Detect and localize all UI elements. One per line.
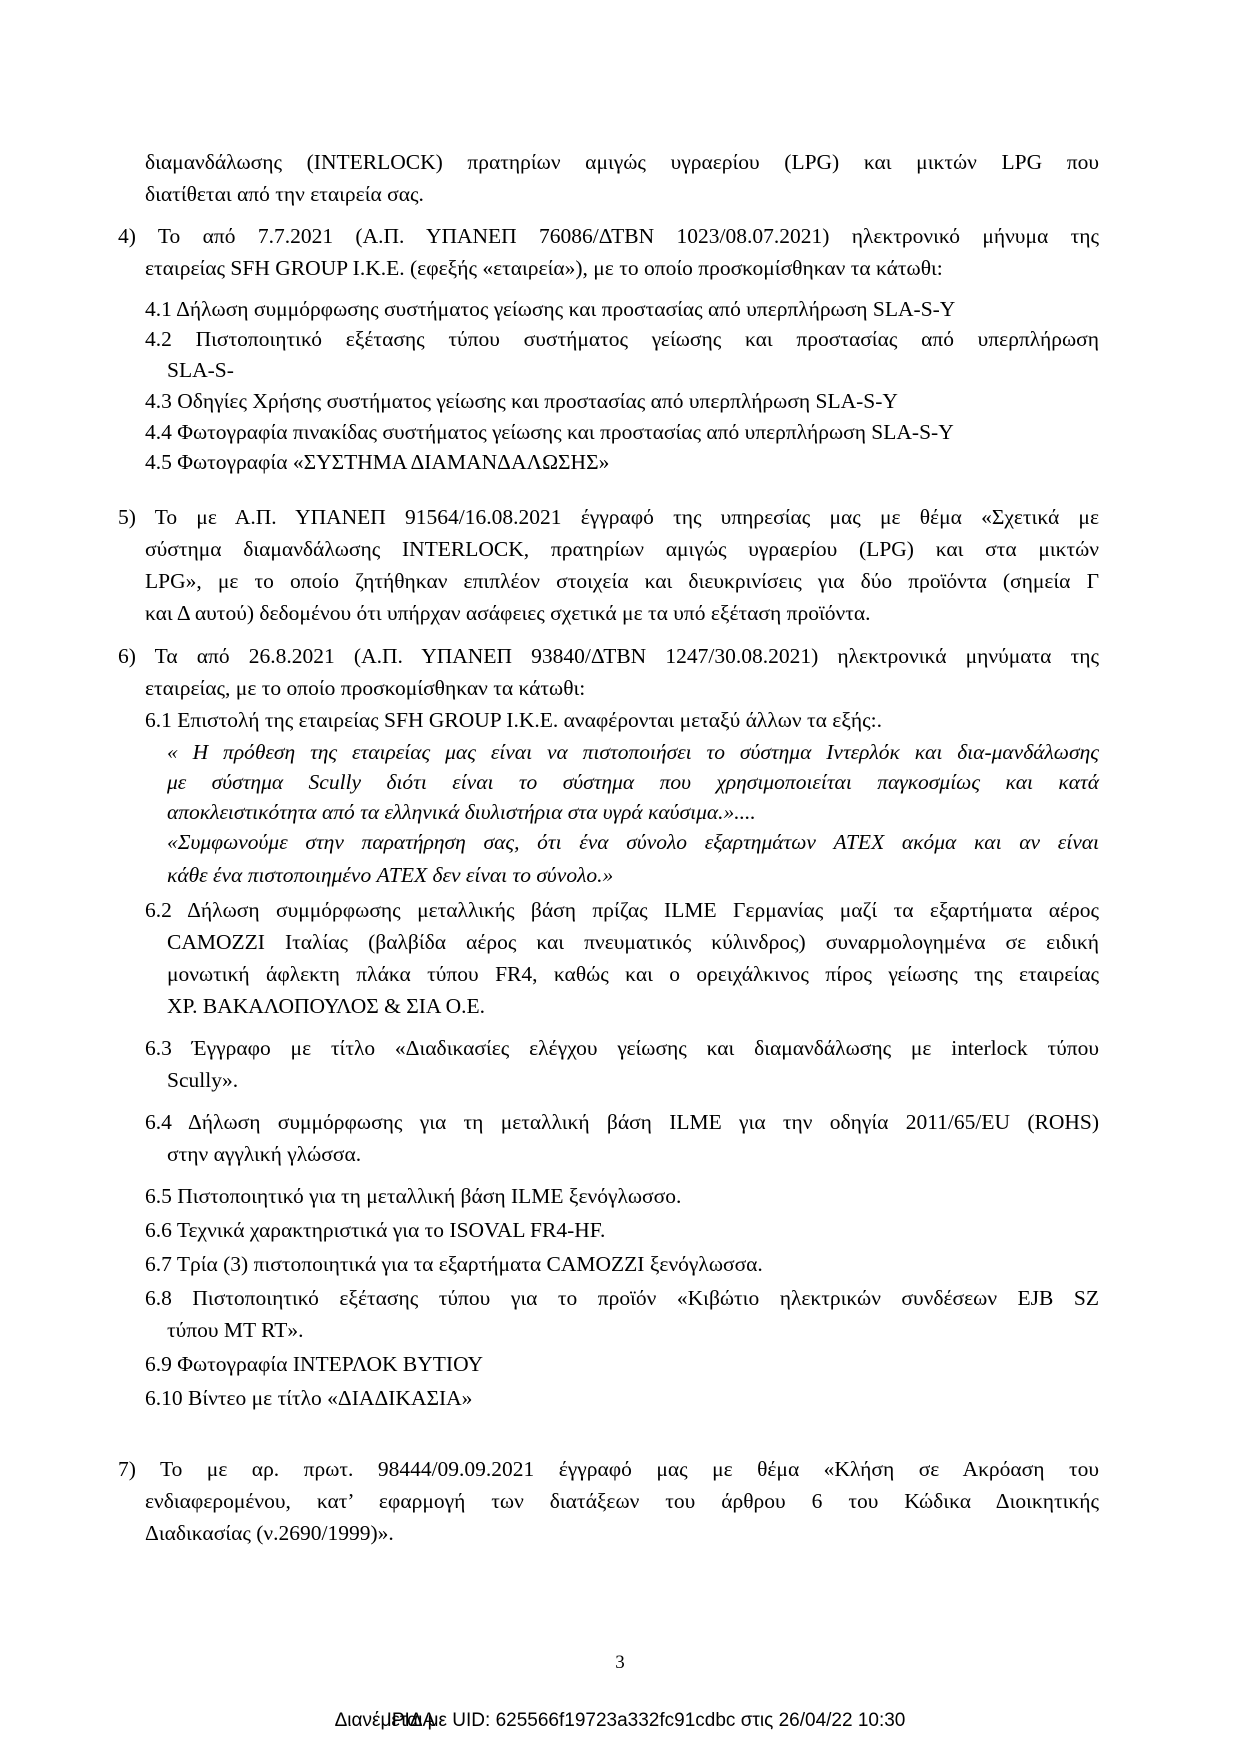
sub-item-6-4: 6.4 Δήλωση συμμόρφωσης για τη μεταλλική … [145, 1112, 1099, 1134]
paragraph-line: ενδιαφερομένου, κατ’ εφαρμογή των διατάξ… [145, 1491, 1099, 1513]
sub-item-6-7: 6.7 Τρία (3) πιστοποιητικά για τα εξαρτή… [145, 1254, 763, 1276]
sub-item-6-3-cont: Scully». [167, 1070, 238, 1092]
sub-item-6-6: 6.6 Τεχνικά χαρακτηριστικά για το ISOVAL… [145, 1220, 605, 1242]
sub-item-6-8: 6.8 Πιστοποιητικό εξέτασης τύπου για το … [145, 1288, 1099, 1310]
footer-overlay-text: ΙΡΙΔΑ [387, 1710, 436, 1732]
sub-item-4-4: 4.4 Φωτογραφία πινακίδας συστήματος γείω… [145, 422, 954, 444]
sub-item-4-1: 4.1 Δήλωση συμμόρφωσης συστήματος γείωση… [145, 299, 955, 321]
sub-item-6-3: 6.3 Έγγραφο με τίτλο «Διαδικασίες ελέγχο… [145, 1038, 1099, 1060]
sub-item-4-2: 4.2 Πιστοποιητικό εξέτασης τύπου συστήμα… [145, 329, 1099, 351]
sub-item-6-2-cont: μονωτική άφλεκτη πλάκα τύπου FR4, καθώς … [167, 964, 1099, 986]
sub-item-6-2-cont: ΧΡ. ΒΑΚΑΛΟΠΟΥΛΟΣ & ΣΙΑ Ο.Ε. [167, 996, 485, 1018]
sub-item-4-3: 4.3 Οδηγίες Χρήσης συστήματος γείωσης κα… [145, 391, 898, 413]
sub-item-6-2-cont: CAMOZZI Ιταλίας (βαλβίδα αέρος και πνευμ… [167, 932, 1099, 954]
paragraph-line: διαμανδάλωσης (INTERLOCK) πρατηρίων αμιγ… [145, 152, 1099, 174]
paragraph-line: εταιρείας SFH GROUP I.K.E. (εφεξής «εται… [145, 258, 943, 280]
sub-item-6-10: 6.10 Βίντεο με τίτλο «ΔΙΑΔΙΚΑΣΙΑ» [145, 1388, 472, 1410]
footer-signature: Διανέμεται με UID: 625566f19723a332fc91c… [0, 1710, 1240, 1732]
sub-item-4-2-cont: SLA-S- [167, 360, 234, 382]
sub-item-6-5: 6.5 Πιστοποιητικό για τη μεταλλική βάση … [145, 1186, 681, 1208]
quote-line: αποκλειστικότητα από τα ελληνικά διυλιστ… [167, 802, 756, 824]
quote-line: κάθε ένα πιστοποιημένο ATEX δεν είναι το… [167, 865, 613, 887]
sub-item-4-5: 4.5 Φωτογραφία «ΣΥΣΤΗΜΑ ΔΙΑΜΑΝΔΑΛΩΣΗΣ» [145, 452, 609, 474]
paragraph-line: LPG», με το οποίο ζητήθηκαν επιπλέον στο… [145, 571, 1099, 593]
document-page: διαμανδάλωσης (INTERLOCK) πρατηρίων αμιγ… [0, 0, 1240, 1755]
paragraph-line: εταιρείας, με το οποίο προσκομίσθηκαν τα… [145, 678, 585, 700]
sub-item-6-2: 6.2 Δήλωση συμμόρφωσης μεταλλικής βάση π… [145, 900, 1099, 922]
paragraph-line: σύστημα διαμανδάλωσης INTERLOCK, πρατηρί… [145, 539, 1099, 561]
paragraph-line: διατίθεται από την εταιρεία σας. [145, 184, 424, 206]
sub-item-6-1: 6.1 Επιστολή της εταιρείας SFH GROUP I.K… [145, 710, 882, 732]
quote-line: με σύστημα Scully διότι είναι το σύστημα… [167, 772, 1099, 794]
list-item-4: 4) Το από 7.7.2021 (Α.Π. ΥΠΑΝΕΠ 76086/ΔΤ… [118, 226, 1099, 248]
quote-line: «Συμφωνούμε στην παρατήρηση σας, ότι ένα… [167, 832, 1099, 854]
paragraph-line: Διαδικασίας (ν.2690/1999)». [145, 1523, 394, 1545]
page-number: 3 [0, 1652, 1240, 1674]
list-item-6: 6) Τα από 26.8.2021 (Α.Π. ΥΠΑΝΕΠ 93840/Δ… [118, 646, 1099, 668]
quote-line: « Η πρόθεση της εταιρείας μας είναι να π… [167, 742, 1099, 764]
sub-item-6-9: 6.9 Φωτογραφία ΙΝΤΕΡΛΟΚ ΒΥΤΙΟΥ [145, 1354, 483, 1376]
list-item-7: 7) Το με αρ. πρωτ. 98444/09.09.2021 έγγρ… [118, 1459, 1099, 1481]
sub-item-6-4-cont: στην αγγλική γλώσσα. [167, 1144, 361, 1166]
list-item-5: 5) Το με Α.Π. ΥΠΑΝΕΠ 91564/16.08.2021 έγ… [118, 507, 1099, 529]
paragraph-line: και Δ αυτού) δεδομένου ότι υπήρχαν ασάφε… [145, 603, 871, 625]
sub-item-6-8-cont: τύπου MT RT». [167, 1320, 303, 1342]
